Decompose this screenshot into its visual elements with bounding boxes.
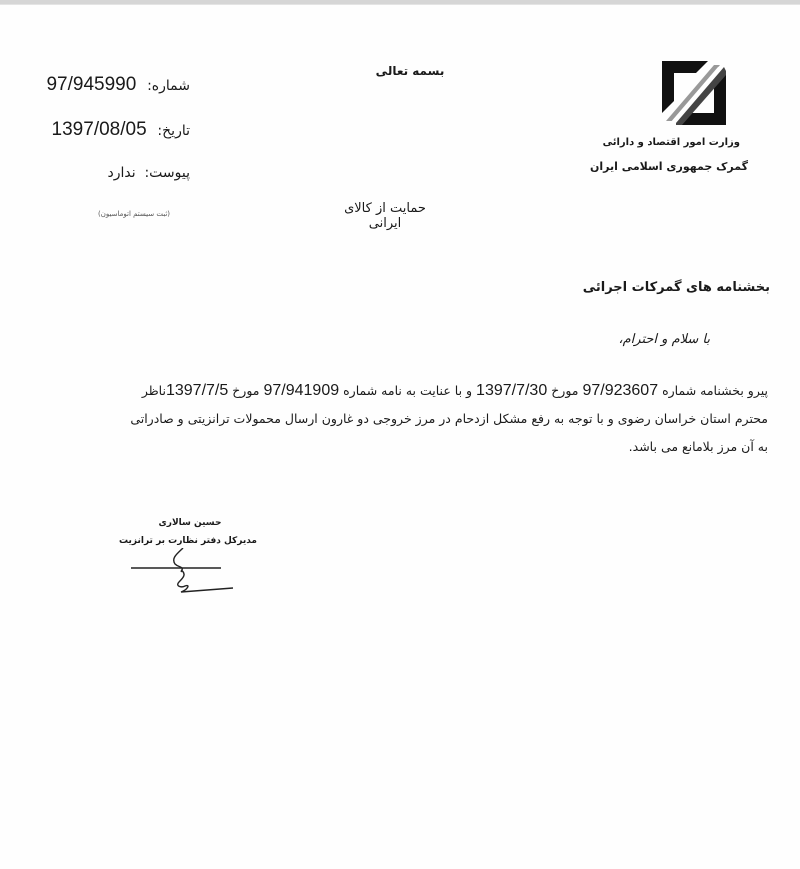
customs-logo-icon bbox=[658, 57, 730, 129]
signatory-title: مدیرکل دفتر نظارت بر ترانزیت bbox=[118, 536, 258, 546]
circular-date: 1397/7/30 bbox=[476, 382, 547, 399]
agency-name: گمرک جمهوری اسلامی ایران bbox=[590, 160, 748, 173]
window-top-edge bbox=[0, 0, 800, 5]
bismillah-heading: بسمه تعالی bbox=[370, 64, 450, 78]
slogan: حمایت از کالای ایرانی bbox=[330, 201, 440, 231]
letter-body: پیرو بخشنامه شماره 97/923607 مورخ 1397/7… bbox=[28, 377, 768, 461]
subject-heading: بخشنامه های گمرکات اجرائی bbox=[583, 280, 770, 295]
signatory-name: حسین سالاری bbox=[150, 518, 230, 528]
attachment-row: پیوست: ندارد bbox=[108, 163, 190, 181]
letter-date-value: 1397/08/05 bbox=[52, 119, 147, 141]
greeting: با سلام و احترام، bbox=[618, 332, 710, 347]
attachment-label: پیوست: bbox=[144, 165, 190, 181]
body-line-1: پیرو بخشنامه شماره 97/923607 مورخ 1397/7… bbox=[28, 377, 768, 405]
body-text-segment: ناظر bbox=[142, 383, 166, 398]
letter-reference-number: 97/941909 bbox=[263, 382, 339, 399]
body-line-2: محترم استان خراسان رضوی و با توجه به رفع… bbox=[28, 405, 768, 433]
body-line-3: به آن مرز بلامانع می باشد. bbox=[28, 433, 768, 461]
signature-scribble-icon bbox=[125, 548, 235, 596]
body-text-segment: پیرو بخشنامه شماره bbox=[662, 383, 768, 398]
system-registration-note: (ثبت سیستم اتوماسیون) bbox=[98, 210, 170, 218]
letter-date-label: تاریخ: bbox=[157, 123, 190, 139]
letter-number-row: شماره: 97/945990 bbox=[46, 74, 190, 96]
body-text-segment: و با عنایت به نامه شماره bbox=[343, 383, 472, 398]
letter-reference-date: 1397/7/5 bbox=[166, 382, 228, 399]
letter-number-label: شماره: bbox=[147, 78, 190, 94]
body-text-segment: مورخ bbox=[232, 383, 259, 398]
body-text-segment: مورخ bbox=[551, 383, 578, 398]
letter-date-row: تاریخ: 1397/08/05 bbox=[52, 119, 190, 141]
letter-number-value: 97/945990 bbox=[46, 74, 136, 96]
attachment-value: ندارد bbox=[108, 165, 136, 181]
ministry-name: وزارت امور اقتصاد و دارائی bbox=[603, 137, 740, 148]
circular-number: 97/923607 bbox=[582, 382, 658, 399]
